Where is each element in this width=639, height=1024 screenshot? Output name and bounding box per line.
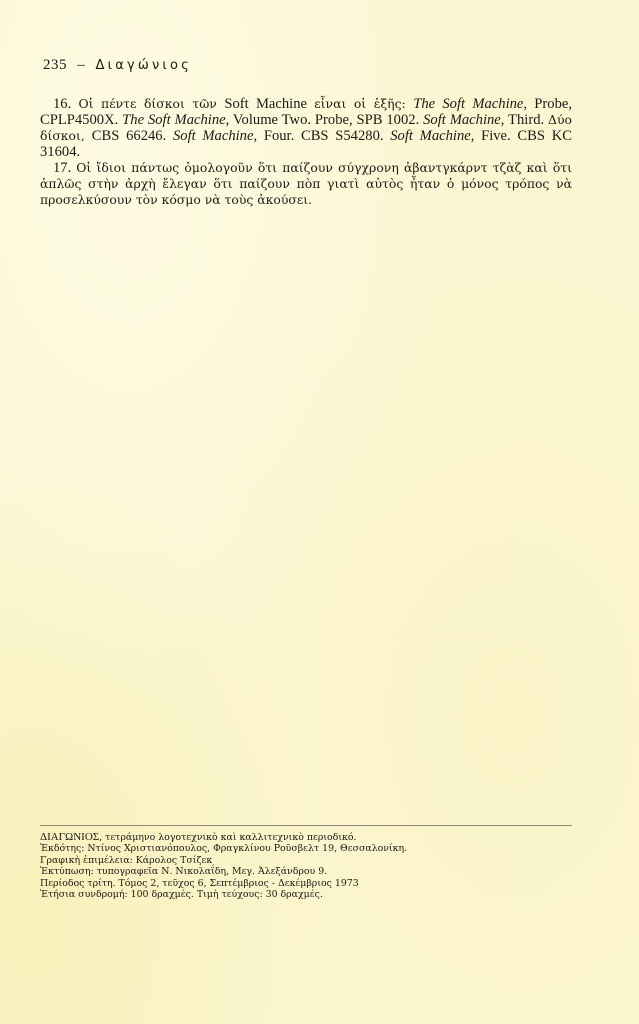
endnote-16: 16. Οἱ πέντε δίσκοι τῶν Soft Machine εἶν… xyxy=(40,96,572,160)
note-text: CBS 66246. xyxy=(92,128,173,144)
album-title: Soft Machine xyxy=(390,128,470,144)
book-page: 235 – Διαγώνιος 16. Οἱ πέντε δίσκοι τῶν … xyxy=(0,0,639,1024)
colophon-journal-caps: ΔΙΑΓΩΝΙΟΣ xyxy=(40,831,99,843)
album-title: Soft Machine xyxy=(423,112,501,128)
colophon-description: , τετράμηνο λογοτεχνικὸ καὶ καλλιτεχνικὸ… xyxy=(99,832,356,843)
note-number: 16. xyxy=(53,96,79,112)
journal-name: Διαγώνιος xyxy=(96,58,193,73)
note-text: , Four. CBS S54280. xyxy=(253,128,390,144)
note-text: , Third. xyxy=(501,112,548,128)
colophon-line-title: ΔΙΑΓΩΝΙΟΣ, τετράμηνο λογοτεχνικὸ καὶ καλ… xyxy=(40,832,580,843)
endnote-17: 17. Οἱ ἴδιοι πάντως ὁμολογοῦν ὅτι παίζου… xyxy=(40,160,572,209)
album-title: The Soft Machine xyxy=(122,112,225,128)
note-text: Soft Machine xyxy=(224,96,314,112)
colophon-line-issue: Περίοδος τρίτη. Τόμος 2, τεῦχος 6, Σεπτέ… xyxy=(40,878,580,889)
running-head: 235 – Διαγώνιος xyxy=(43,57,192,74)
colophon-line-subscription: Ἐτήσια συνδρομή: 100 δραχμές. Τιμὴ τεύχο… xyxy=(40,889,580,900)
note-text: Οἱ πέντε δίσκοι τῶν xyxy=(79,96,225,111)
note-text: , Volume Two. Probe, SPB 1002. xyxy=(226,112,424,128)
colophon-line-printing: Ἐκτύπωση: τυπογραφεῖα Ν. Νικολαΐδη, Μεγ.… xyxy=(40,866,580,877)
album-title: Soft Machine xyxy=(173,128,253,144)
page-number: 235 xyxy=(43,57,67,73)
album-title: The Soft Machine xyxy=(413,96,523,112)
note-number: 17. xyxy=(53,160,76,176)
colophon-line-design: Γραφικὴ ἐπιμέλεια: Κάρολος Τσίζεκ xyxy=(40,855,580,866)
note-text: Οἱ ἴδιοι πάντως ὁμολογοῦν ὅτι παίζουν σύ… xyxy=(40,160,572,207)
note-text: εἶναι οἱ ἑξῆς: xyxy=(314,96,413,111)
colophon-line-publisher: Ἐκδότης: Ντίνος Χριστιανόπουλος, Φραγκλί… xyxy=(40,843,580,854)
endnotes: 16. Οἱ πέντε δίσκοι τῶν Soft Machine εἶν… xyxy=(40,96,572,208)
footer-rule xyxy=(40,825,572,826)
header-separator: – xyxy=(77,57,85,73)
colophon: ΔΙΑΓΩΝΙΟΣ, τετράμηνο λογοτεχνικὸ καὶ καλ… xyxy=(40,832,580,900)
